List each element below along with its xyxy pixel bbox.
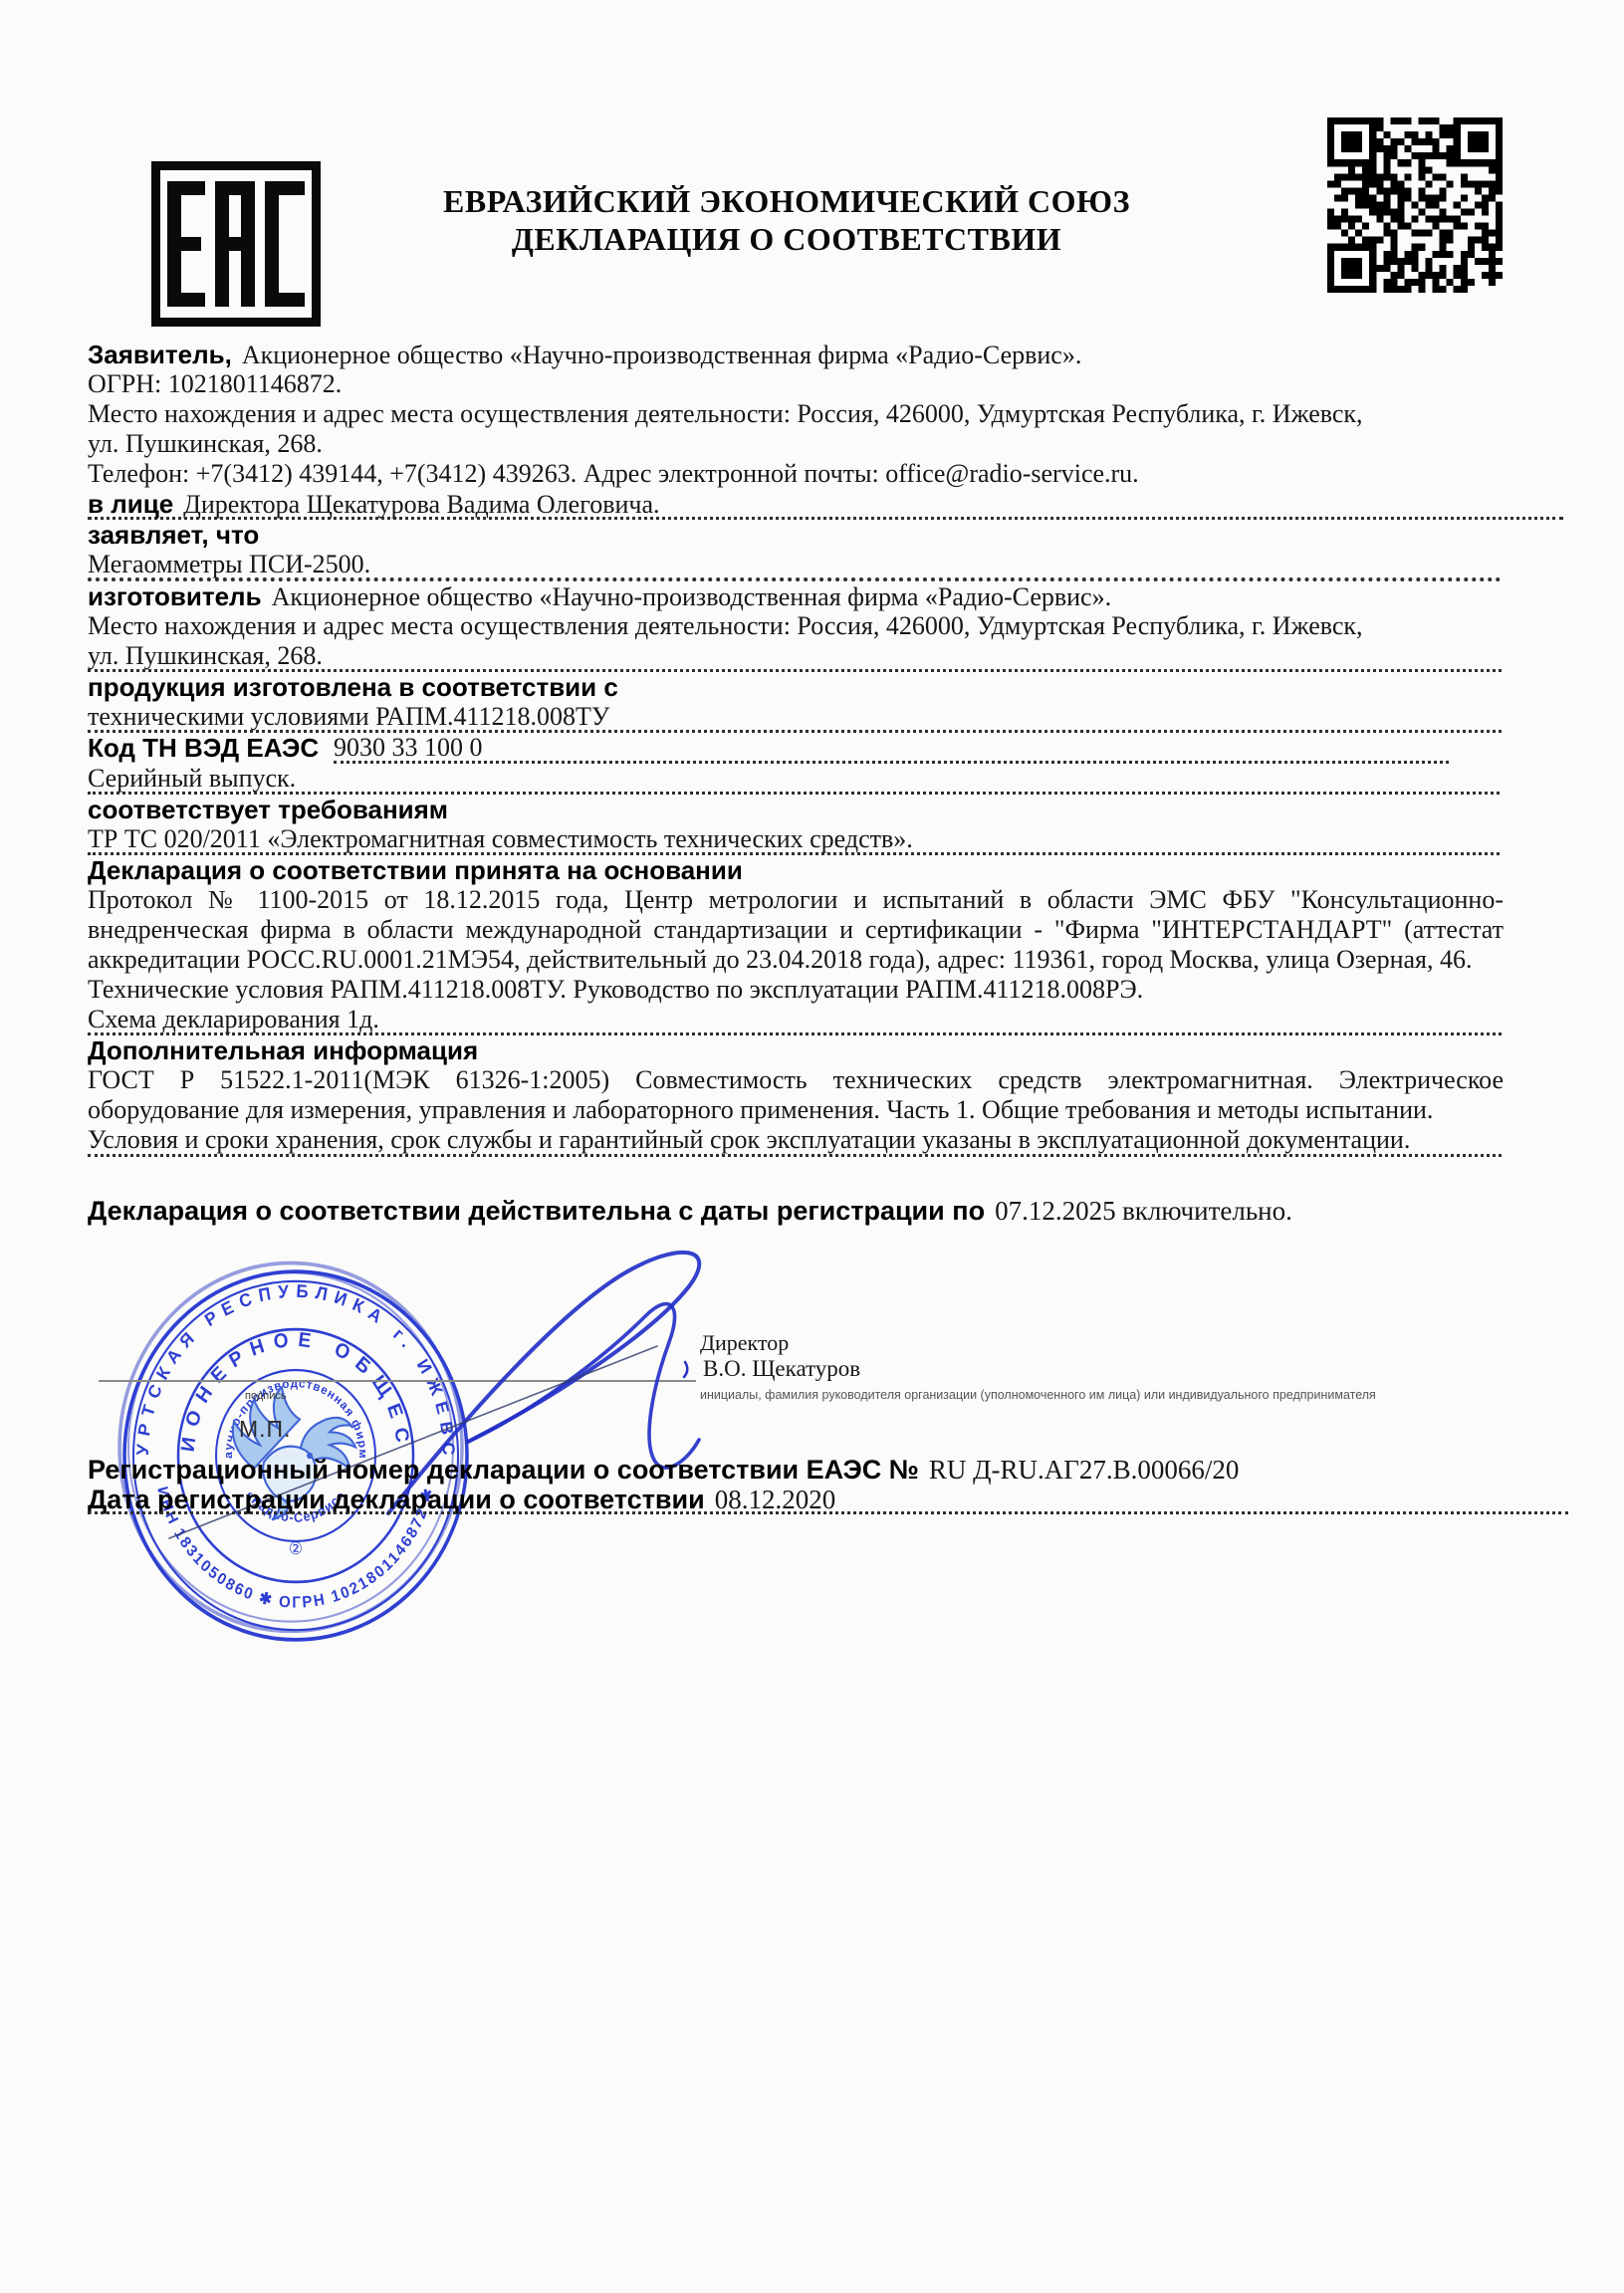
declaration-document: ЕВРАЗИЙСКИЙ ЭКОНОМИЧЕСКИЙ СОЮЗ ДЕКЛАРАЦИ… <box>0 0 1624 2293</box>
regulation-line: ТР ТС 020/2011 «Электромагнитная совмест… <box>88 824 913 854</box>
validity-line: Декларация о соответствии действительна … <box>88 1196 1292 1227</box>
sign-note: подпись <box>245 1390 287 1402</box>
manufacturer-label: изготовитель <box>88 581 262 611</box>
applicant-contacts: Телефон: +7(3412) 439144, +7(3412) 43926… <box>88 459 1139 489</box>
stamp-symbol: ② <box>289 1538 303 1558</box>
specs-line: техническими условиями РАПМ.411218.008ТУ <box>88 702 609 732</box>
applicant-address1: Место нахождения и адрес места осуществл… <box>88 399 1363 429</box>
declares-label: заявляет, что <box>88 520 259 550</box>
signature-line <box>99 1380 696 1382</box>
tnved-code: 9030 33 100 0 <box>334 733 483 763</box>
storage-line: Условия и сроки хранения, срок службы и … <box>88 1125 1410 1155</box>
signature-stroke-tail <box>468 1304 699 1468</box>
signer-name: В.О. Щекатуров <box>703 1356 860 1382</box>
signer-position: Директор <box>700 1330 789 1356</box>
scheme-line: Схема декларирования 1д. <box>88 1005 379 1034</box>
tnved-label: Код ТН ВЭД ЕАЭС <box>88 733 319 763</box>
signature-hint: инициалы, фамилия руководителя организац… <box>700 1388 1457 1402</box>
product-line: Мегаомметры ПСИ-2500. <box>88 550 370 579</box>
made-in-accordance-label: продукция изготовлена в соответствии с <box>88 672 618 702</box>
registration-number-label: Регистрационный номер декларации о соотв… <box>88 1455 919 1485</box>
manufacturer-address2: ул. Пушкинская, 268. <box>88 641 323 671</box>
in-person-line: в лицеДиректора Щекатурова Вадима Олегов… <box>88 489 660 520</box>
stamp-place-mark: М.П. <box>239 1416 291 1443</box>
applicant-label: Заявитель, <box>88 340 232 369</box>
serial-line: Серийный выпуск. <box>88 764 296 794</box>
basis-paragraph: Протокол № 1100-2015 от 18.12.2015 года,… <box>88 885 1504 975</box>
ogrn-line: ОГРН: 1021801146872. <box>88 369 342 399</box>
registration-number-line: Регистрационный номер декларации о соотв… <box>88 1455 1239 1486</box>
title-line1: ЕВРАЗИЙСКИЙ ЭКОНОМИЧЕСКИЙ СОЮЗ <box>189 182 1384 220</box>
dotted-line <box>334 761 1449 764</box>
in-person-label: в лице <box>88 489 173 519</box>
document-title: ЕВРАЗИЙСКИЙ ЭКОНОМИЧЕСКИЙ СОЮЗ ДЕКЛАРАЦИ… <box>189 182 1384 258</box>
basis-docs-line: Технические условия РАПМ.411218.008ТУ. Р… <box>88 975 1143 1005</box>
additional-paragraph: ГОСТ Р 51522.1-2011(МЭК 61326-1:2005) Со… <box>88 1065 1504 1125</box>
manufacturer-line: изготовительАкционерное общество «Научно… <box>88 581 1111 612</box>
applicant-line: Заявитель,Акционерное общество «Научно-п… <box>88 340 1081 370</box>
basis-label: Декларация о соответствии принята на осн… <box>88 855 743 885</box>
applicant-address2: ул. Пушкинская, 268. <box>88 429 323 459</box>
title-line2: ДЕКЛАРАЦИЯ О СООТВЕТСТВИИ <box>189 220 1384 258</box>
validity-label: Декларация о соответствии действительна … <box>88 1196 985 1226</box>
dotted-line <box>88 1511 1568 1514</box>
registration-date-label: Дата регистрации декларации о соответств… <box>88 1485 705 1514</box>
conforms-label: соответствует требованиям <box>88 795 448 824</box>
pen-tick <box>684 1362 687 1377</box>
qr-code <box>1324 117 1506 298</box>
tnved-line: Код ТН ВЭД ЕАЭС 9030 33 100 0 <box>88 733 329 764</box>
manufacturer-address1: Место нахождения и адрес места осуществл… <box>88 611 1363 641</box>
additional-label: Дополнительная информация <box>88 1035 478 1065</box>
